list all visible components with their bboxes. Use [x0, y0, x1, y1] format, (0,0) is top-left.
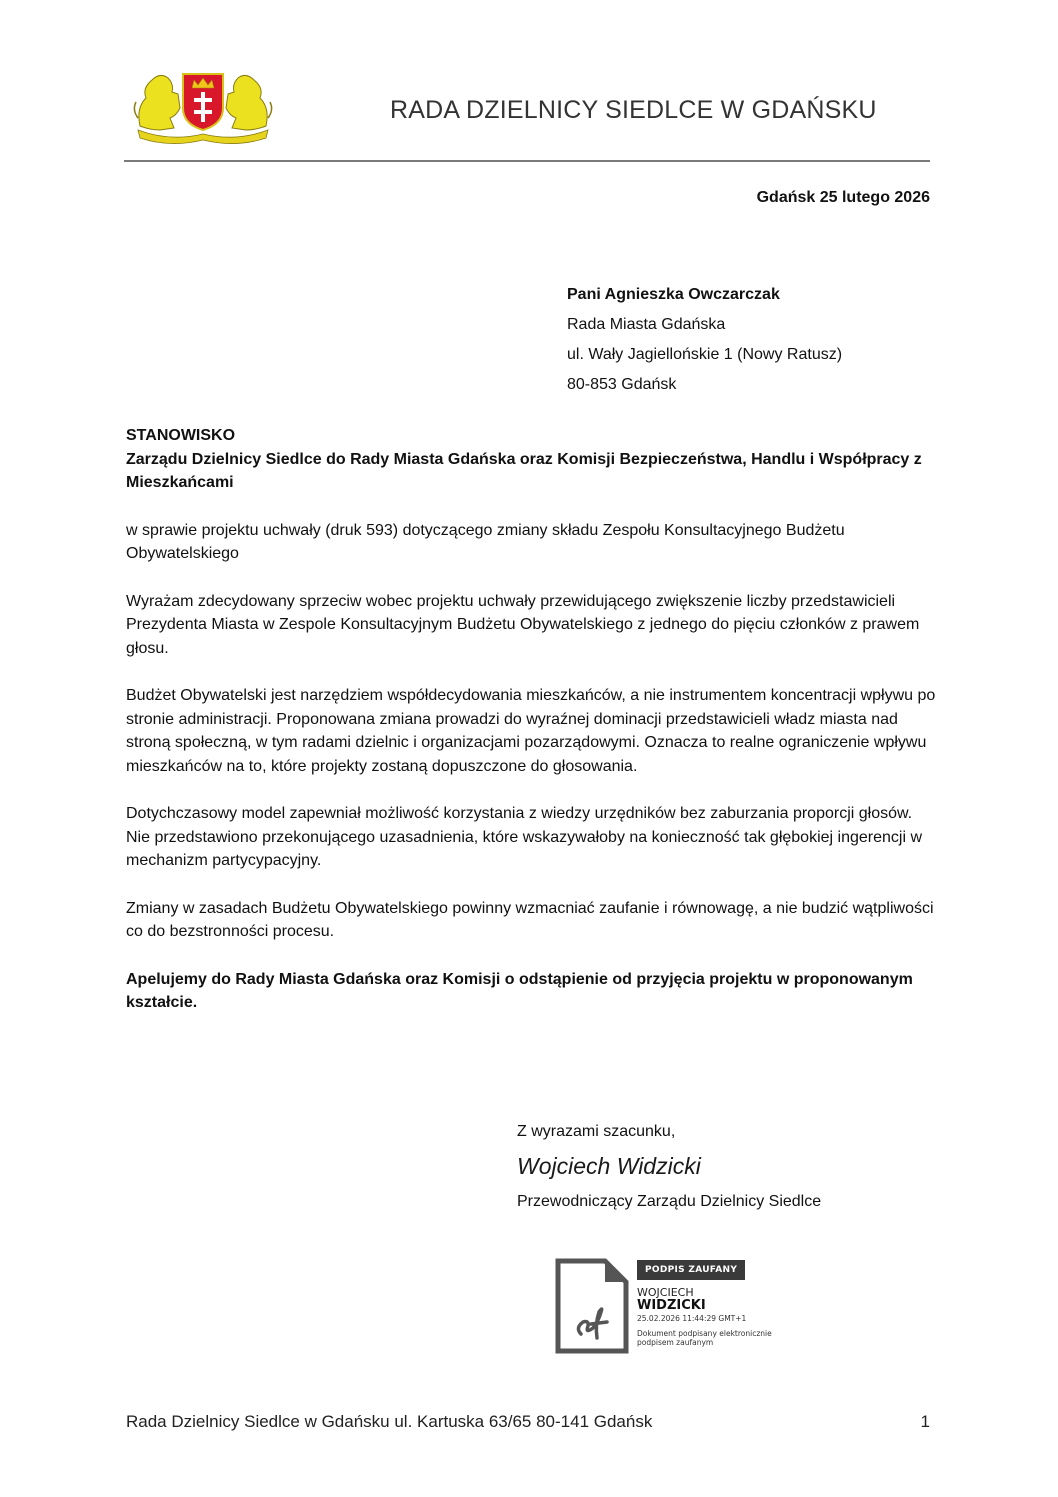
letter-subject: w sprawie projektu uchwały (druk 593) do…	[126, 519, 938, 566]
paragraph: Wyrażam zdecydowany sprzeciw wobec proje…	[126, 590, 938, 661]
signature-name: Wojciech Widzicki	[517, 1153, 821, 1189]
trusted-signature-stamp: PODPIS ZAUFANY WOJCIECH WIDZICKI 25.02.2…	[555, 1258, 795, 1354]
paragraph: Zmiany w zasadach Budżetu Obywatelskiego…	[126, 897, 938, 944]
signer-position: Przewodniczący Zarządu Dzielnicy Siedlce	[517, 1193, 821, 1211]
letter-body: STANOWISKO Zarządu Dzielnicy Siedlce do …	[126, 424, 938, 1015]
letter-appeal: Apelujemy do Rady Miasta Gdańska oraz Ko…	[126, 968, 938, 1015]
paragraph: Dotychczasowy model zapewniał możliwość …	[126, 802, 938, 873]
letter-heading: STANOWISKO	[126, 424, 938, 448]
header-divider	[124, 160, 930, 162]
signature-timestamp: 25.02.2026 11:44:29 GMT+1	[637, 1314, 746, 1323]
letter-date: Gdańsk 25 lutego 2026	[757, 189, 930, 207]
trusted-signature-badge: PODPIS ZAUFANY	[637, 1260, 745, 1280]
paragraph: Budżet Obywatelski jest narzędziem współ…	[126, 684, 938, 778]
salutation: Z wyrazami szacunku,	[517, 1123, 821, 1153]
closing-block: Z wyrazami szacunku, Wojciech Widzicki P…	[517, 1123, 821, 1211]
gdansk-coat-of-arms-logo	[130, 68, 276, 144]
recipient-city: 80-853 Gdańsk	[567, 370, 842, 400]
recipient-street: ul. Wały Jagiellońskie 1 (Nowy Ratusz)	[567, 340, 842, 370]
footer-address: Rada Dzielnicy Siedlce w Gdańsku ul. Kar…	[126, 1412, 652, 1432]
signer-last-name: WIDZICKI	[637, 1298, 706, 1313]
recipient-name: Pani Agnieszka Owczarczak	[567, 280, 842, 310]
recipient-address: Pani Agnieszka Owczarczak Rada Miasta Gd…	[567, 280, 842, 400]
page-number: 1	[921, 1412, 930, 1432]
recipient-organization: Rada Miasta Gdańska	[567, 310, 842, 340]
letter-subheading: Zarządu Dzielnicy Siedlce do Rady Miasta…	[126, 448, 938, 495]
signed-document-icon	[555, 1258, 629, 1354]
signature-note: Dokument podpisany elektronicznie podpis…	[637, 1329, 787, 1347]
header-title: RADA DZIELNICY SIEDLCE W GDAŃSKU	[390, 96, 877, 125]
